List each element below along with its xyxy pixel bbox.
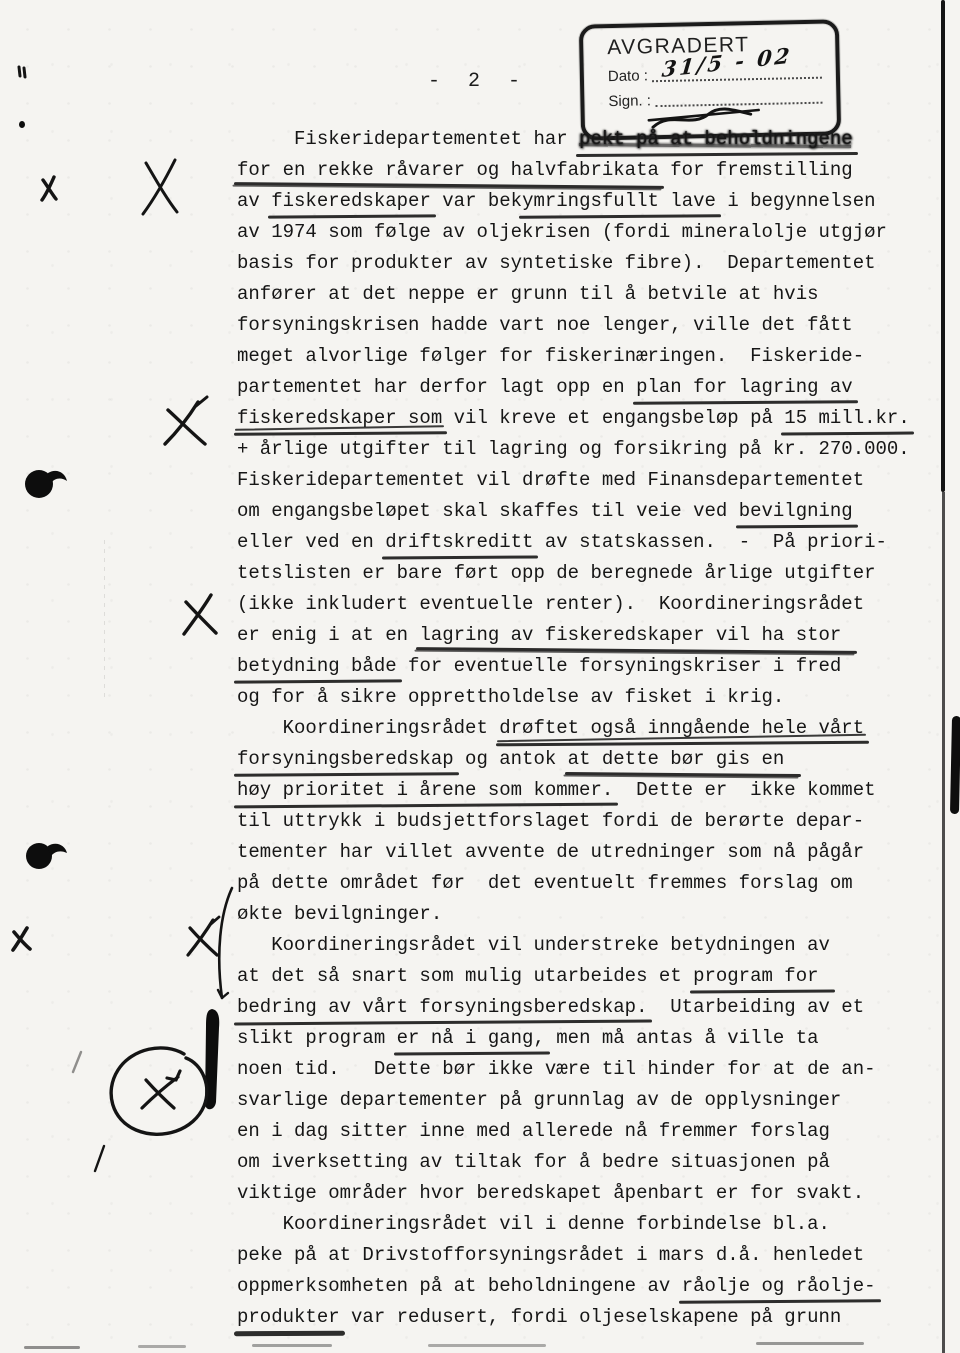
bottom-dash-mark	[252, 1344, 332, 1347]
text-line: partementet har derfor lagt opp en plan …	[237, 372, 927, 403]
text-line: Koordineringsrådet vil understreke betyd…	[237, 930, 927, 961]
text-line: om iverksetting av tiltak for å bedre si…	[237, 1147, 927, 1178]
text-line: tementer har villet avvente de utredning…	[237, 837, 927, 868]
text-line: av fiskeredskaper var bekymringsfullt la…	[237, 186, 927, 217]
scanned-document-page: - 2 - AVGRADERT Dato : 31/5 - 02 Sign. :…	[0, 0, 960, 1353]
text-line: på dette området før det eventuelt fremm…	[237, 868, 927, 899]
text-line: om engangsbeløpet skal skaffes til veie …	[237, 496, 927, 527]
text-line: økte bevilgninger.	[237, 899, 927, 930]
text-line: Koordineringsrådet vil i denne forbindel…	[237, 1209, 927, 1240]
right-edge-line	[941, 0, 945, 492]
right-edge-bar	[950, 716, 960, 814]
ink-blob	[24, 466, 70, 502]
x-mark-small	[39, 174, 59, 202]
text-line: eller ved en driftskreditt av statskasse…	[237, 527, 927, 558]
text-line: oppmerksomheten på at beholdningene av r…	[237, 1271, 927, 1302]
x-mark-small	[10, 924, 34, 954]
text-line: høy prioritet i årene som kommer. Dette …	[237, 775, 927, 806]
text-line: betydning både for eventuelle forsynings…	[237, 651, 927, 682]
text-line: en i dag sitter inne med allerede nå fre…	[237, 1116, 927, 1147]
slash-mark	[90, 1144, 108, 1174]
bottom-dash-mark	[24, 1346, 80, 1349]
stamp-date-label: Dato :	[608, 67, 648, 85]
text-line: bedring av vårt forsyningsberedskap. Uta…	[237, 992, 927, 1023]
text-line: (ikke inkludert eventuelle renter). Koor…	[237, 589, 927, 620]
text-line: viktige områder hvor beredskapet åpenbar…	[237, 1178, 927, 1209]
text-line: svarlige departementer på grunnlag av de…	[237, 1085, 927, 1116]
text-line: fiskeredskaper som vil kreve et engangsb…	[237, 403, 927, 434]
text-line: produkter var redusert, fordi oljeselska…	[237, 1302, 927, 1333]
text-line: av 1974 som følge av oljekrisen (fordi m…	[237, 217, 927, 248]
text-line: + årlige utgifter til lagring og forsikr…	[237, 434, 927, 465]
text-line: peke på at Drivstofforsyningsrådet i mar…	[237, 1240, 927, 1271]
x-mark-tick	[160, 394, 210, 448]
right-edge-line	[942, 492, 945, 1353]
x-mark	[180, 590, 220, 638]
ink-blob	[24, 840, 70, 874]
text-line: Koordineringsrådet drøftet også inngåend…	[237, 713, 927, 744]
text-line: noen tid. Dette bør ikke være til hinder…	[237, 1054, 927, 1085]
text-line: forsyningsberedskap og antok at dette bø…	[237, 744, 927, 775]
typed-text: Fiskeridepartementet har pekt på at beho…	[237, 124, 927, 1333]
text-line: basis for produkter av syntetiske fibre)…	[237, 248, 927, 279]
bottom-dash-mark	[756, 1342, 864, 1345]
text-line: Fiskeridepartementet vil drøfte med Fina…	[237, 465, 927, 496]
text-line: slikt program er nå i gang, men må antas…	[237, 1023, 927, 1054]
fold-crease	[104, 540, 105, 700]
declassified-stamp: AVGRADERT Dato : 31/5 - 02 Sign. :	[579, 19, 841, 140]
text-line: og for å sikre opprettholdelse av fisket…	[237, 682, 927, 713]
bottom-dash-mark	[428, 1344, 546, 1347]
slash-mark	[70, 1050, 84, 1074]
text-line: Fiskeridepartementet har pekt på at beho…	[237, 124, 927, 155]
x-mark-large	[140, 158, 182, 216]
curve-stroke	[212, 884, 238, 1008]
bottom-dash-mark	[138, 1345, 186, 1348]
ink-dot	[18, 120, 26, 129]
text-line: for en rekke råvarer og halvfabrikata fo…	[237, 155, 927, 186]
circled-x-mark	[106, 1040, 218, 1140]
text-line: forsyningskrisen hadde vart noe lenger, …	[237, 310, 927, 341]
text-line: til uttrykk i budsjettforslaget fordi de…	[237, 806, 927, 837]
text-line: meget alvorlige følger for fiskerinæring…	[237, 341, 927, 372]
text-line: at det så snart som mulig utarbeides et …	[237, 961, 927, 992]
text-line: er enig i at en lagring av fiskeredskape…	[237, 620, 927, 651]
text-line: anfører at det neppe er grunn til å betv…	[237, 279, 927, 310]
quote-tick-mark	[16, 64, 28, 80]
stamp-sign-label: Sign. :	[608, 92, 651, 110]
text-line: tetslisten er bare ført opp de beregnede…	[237, 558, 927, 589]
page-number: - 2 -	[428, 70, 528, 93]
